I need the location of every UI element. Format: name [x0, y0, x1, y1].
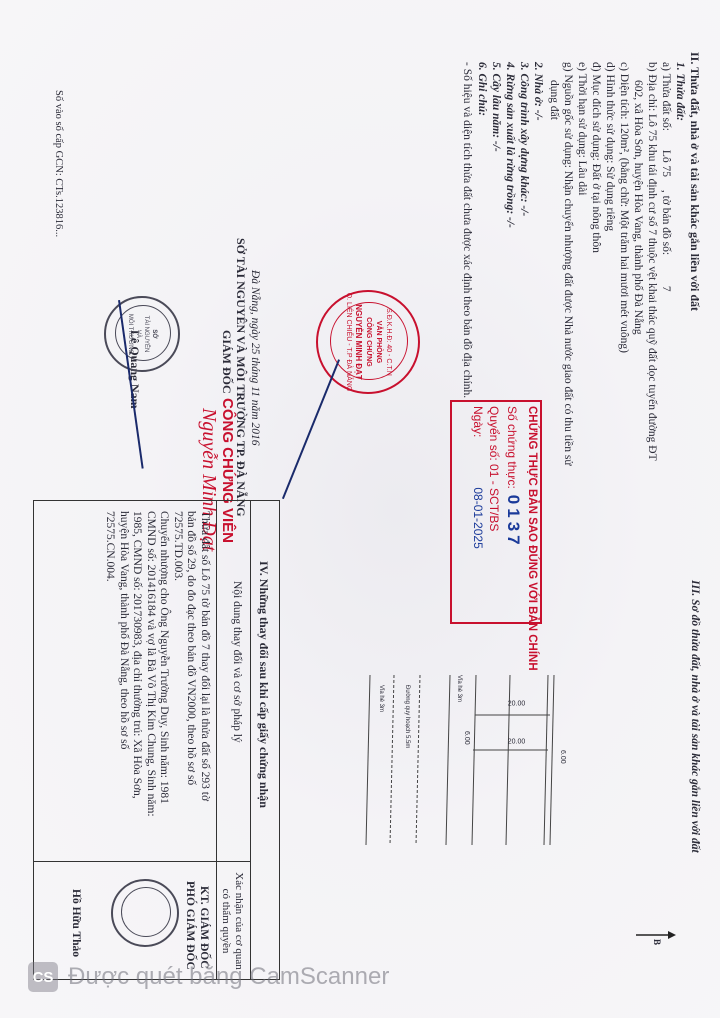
- notary-seal-line: NGUYỄN MINH ĐẠT: [353, 293, 363, 392]
- signing-agency: SỞ TÀI NGUYÊN VÀ MÔI TRƯỜNG TP. ĐÀ NẴNG: [234, 238, 248, 517]
- confirm-signer-name: Hồ Hữu Thảo: [69, 889, 83, 957]
- dept-seal-line: SỞ: [150, 314, 158, 354]
- area-line: c) Diện tích: 120m², (bằng chữ: Một trăm…: [617, 62, 631, 353]
- scanned-page: II. Thửa đất, nhà ở và tài sản khác gắn …: [0, 0, 720, 1018]
- dept-seal-line: MÔI TRƯỜNG: [126, 314, 134, 354]
- content-line: Chuyển nhượng cho Ông Nguyễn Trường Duy,…: [157, 511, 171, 817]
- parcel-number-label: a) Thửa đất số:: [660, 62, 672, 131]
- section4-content: Thửa đất số Lô 75 tờ bản đồ 7 thay đổi l…: [103, 511, 211, 817]
- item-notes: 6. Ghi chú:: [475, 62, 489, 116]
- sketch-dim-bottom: 20.00: [508, 738, 526, 745]
- content-line: CMND số: 201416184 và vợ là Bà Võ Thị Ki…: [144, 511, 158, 817]
- notary-signature: [282, 359, 340, 499]
- certification-date-value: 08-01-2025: [471, 487, 485, 548]
- sketch-dim-left: 6.00: [559, 750, 566, 764]
- content-line: 72575.CN.004.: [103, 511, 117, 817]
- certification-date-label: Ngày:: [471, 406, 485, 437]
- section2-heading: II. Thửa đất, nhà ở và tài sản khác gắn …: [688, 52, 702, 311]
- north-label: B: [652, 939, 662, 945]
- notes-text: - Số hiệu và diện tích thửa đất chưa đượ…: [460, 62, 474, 398]
- certification-title: CHỨNG THỰC BẢN SAO ĐÚNG VỚI BẢN CHÍNH: [526, 406, 538, 618]
- map-sheet-label: , tờ bản đồ số:: [660, 190, 672, 255]
- department-seal: SỞ TÀI NGUYÊN VÀ MÔI TRƯỜNG: [104, 296, 180, 372]
- certification-date: Ngày:08-01-2025: [471, 406, 485, 618]
- sketch-sidewalk-top: Vỉa hè 3m: [456, 675, 462, 702]
- confirm-title-1: KT. GIÁM ĐỐC: [197, 886, 211, 969]
- notary-seal-line: VĂN PHÒNG: [373, 293, 383, 392]
- confirm-seal: [111, 879, 179, 947]
- section3-heading: III. Sơ đồ thửa đất, nhà ở và tài sản kh…: [688, 580, 702, 853]
- section2-sub1: 1. Thửa đất:: [673, 62, 687, 121]
- parcel-sketch: 6.00 20.00 20.00 6.00 Vỉa hè 3m Đường qu…: [350, 645, 570, 875]
- item-perennial-trees: 5. Cây lâu năm: -/-: [489, 62, 503, 152]
- content-line: bản đồ số 29, do đo đạc theo bản đồ VN20…: [184, 511, 198, 817]
- section4-col2-header: Xác nhận của cơ quan có thẩm quyền: [219, 869, 245, 973]
- content-line: 72575.TD.003.: [171, 511, 185, 817]
- parcel-number-value: Lô 75: [660, 150, 672, 177]
- camscanner-logo-icon: CS: [28, 962, 58, 992]
- address-line-2: 602, xã Hòa Sơn, huyện Hòa Vang, thành p…: [631, 80, 645, 335]
- map-sheet-value: 7: [660, 286, 672, 292]
- sketch-dim-right: 6.00: [463, 731, 470, 745]
- sketch-dim-top: 20.00: [508, 700, 526, 707]
- origin-line-2: dụng đất: [547, 80, 561, 120]
- dept-seal-line: VÀ: [134, 314, 142, 354]
- sketch-sidewalk-bottom: Vỉa hè 3m: [378, 685, 384, 712]
- signing-place-date: Đà Nẵng, ngày 25 tháng 11 năm 2016: [248, 270, 262, 445]
- certification-number-value: 0137: [504, 495, 523, 549]
- rotated-certificate-sheet: II. Thửa đất, nhà ở và tài sản khác gắn …: [0, 0, 720, 1018]
- watermark-text: Được quét bằng CamScanner: [68, 963, 389, 991]
- usage-purpose-line: đ) Mục đích sử dụng: Đất ở tại nông thôn: [589, 62, 603, 253]
- content-line: 1985, CMND số: 201730983, địa chỉ thường…: [130, 511, 144, 817]
- confirm-title-2: PHÓ GIÁM ĐỐC: [183, 881, 197, 970]
- notary-seal-line: Q. LIÊN CHIỂU - T.P ĐÀ NẴNG: [343, 293, 353, 392]
- usage-term-line: e) Thời hạn sử dụng: Lâu dài: [575, 62, 589, 195]
- item-other-construction: 3. Công trình xây dựng khác: -/-: [517, 62, 531, 216]
- item-planted-forest: 4. Rừng sản xuất là rừng trồng: -/-: [503, 62, 517, 228]
- content-line: Thửa đất số Lô 75 tờ bản đồ 7 thay đổi l…: [198, 511, 212, 817]
- certification-number-label: Số chứng thực:: [505, 406, 519, 489]
- section4-heading: IV. Những thay đổi sau khi cấp giấy chứn…: [257, 561, 271, 808]
- notary-seal-line: S.Đ.K.H.Đ: 40 - C.T.N: [383, 293, 393, 392]
- address-line-1: b) Địa chỉ: Lô 75 khu tái định cư số 7 t…: [645, 62, 659, 461]
- certification-number: Số chứng thực:0137: [503, 406, 523, 618]
- usage-form-line: d) Hình thức sử dụng: Sử dụng riêng: [603, 62, 617, 231]
- changes-table: IV. Những thay đổi sau khi cấp giấy chứn…: [33, 500, 280, 980]
- section4-col1-header: Nội dung thay đổi và cơ sở pháp lý: [230, 581, 244, 743]
- origin-line-1: g) Nguồn gốc sử dụng: Nhận chuyển nhượng…: [561, 62, 575, 466]
- content-line: huyện Hòa Vang, thành phố Đà Nẵng, theo …: [117, 511, 131, 817]
- registry-number: Số vào sổ cấp GCN: CTs.123816...: [51, 90, 65, 237]
- dept-seal-line: TÀI NGUYÊN: [142, 314, 150, 354]
- notary-seal-line: CÔNG CHỨNG: [363, 293, 373, 392]
- camscanner-watermark: CS Được quét bằng CamScanner: [28, 962, 389, 992]
- signing-title: GIÁM ĐỐC: [220, 330, 234, 394]
- north-arrow-icon: B: [650, 915, 662, 955]
- certification-book: Quyển số: 01 - SCT/BS: [487, 406, 501, 618]
- item-house: 2. Nhà ở: -/-: [531, 62, 545, 121]
- certification-stamp: CHỨNG THỰC BẢN SAO ĐÚNG VỚI BẢN CHÍNH Số…: [450, 400, 542, 624]
- sketch-road: Đường quy hoạch 5.5m: [404, 685, 410, 748]
- parcel-number-line: a) Thửa đất số: Lô 75 , tờ bản đồ số: 7: [659, 62, 673, 292]
